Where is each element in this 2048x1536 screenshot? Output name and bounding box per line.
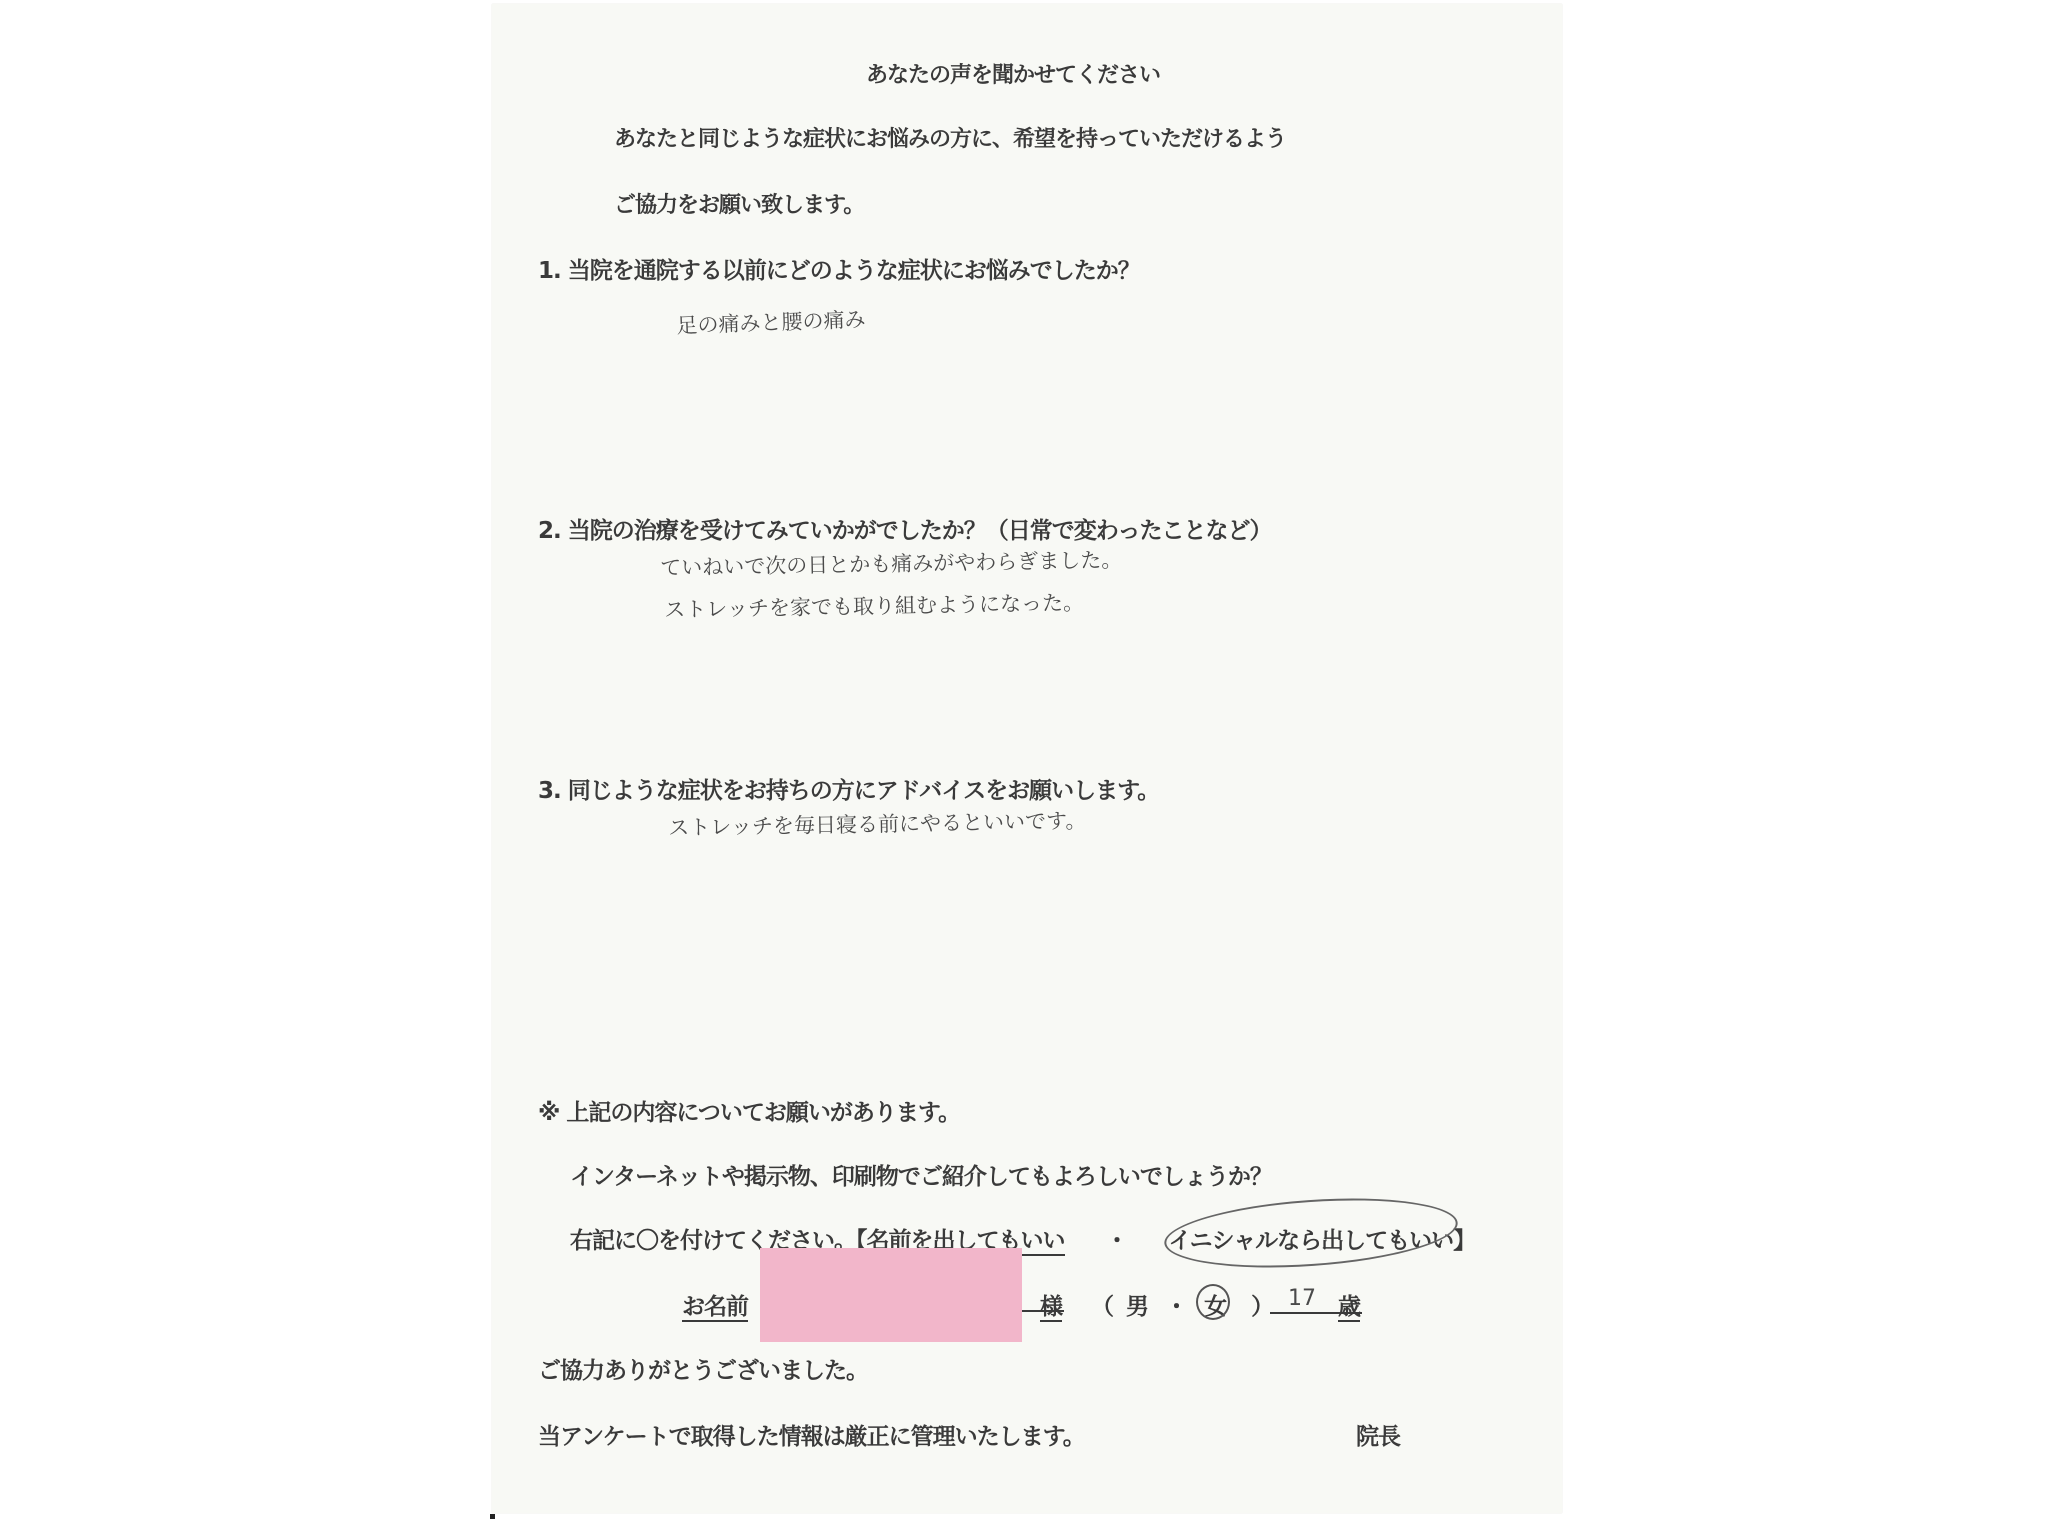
request-question: インターネットや掲示物、印刷物でご紹介してもよろしいでしょうか？ [570,1158,1272,1191]
question-text: 当院の治療を受けてみていかがでしたか？（日常で変わったことなど） [568,518,1272,544]
honorific: 様 [1040,1294,1062,1322]
question-3: 3. 同じような症状をお持ちの方にアドバイスをお願いします。 [538,772,1159,805]
signature: 院長 [1356,1418,1400,1451]
option-separator: ・ [1106,1228,1128,1254]
age-unit: 歳 [1338,1288,1360,1321]
request-heading: ※ 上記の内容についてお願いがあります。 [538,1094,960,1127]
question-1: 1. 当院を通院する以前にどのような症状にお悩みでしたか？ [538,252,1140,285]
paren-open: （ [1091,1294,1113,1320]
page-title: あなたの声を聞かせてください [866,58,1160,89]
name-label: お名前 [682,1294,748,1322]
gender-circle-mark [1196,1284,1230,1320]
age-value: 17 [1288,1286,1316,1311]
question-number: 3. [538,778,561,804]
survey-sheet [492,4,1562,1513]
privacy-notice: 当アンケートで取得した情報は厳正に管理いたします。 [538,1418,1085,1451]
intro-line-2: ご協力をお願い致します。 [614,188,864,219]
question-text: 同じような症状をお持ちの方にアドバイスをお願いします。 [568,778,1159,804]
question-text: 当院を通院する以前にどのような症状にお悩みでしたか？ [568,258,1140,284]
gender-age-row: 様 （ 男 ・ 女 ） [1040,1288,1273,1321]
redacted-name-field [760,1248,1022,1342]
scan-speck [490,1514,495,1519]
question-number: 2. [538,518,561,544]
paren-close: ） [1251,1294,1273,1320]
gender-male[interactable]: 男 [1126,1294,1148,1320]
question-number: 1. [538,258,561,284]
age-unit-label: 歳 [1338,1294,1360,1322]
intro-line-1: あなたと同じような症状にお悩みの方に、希望を持っていただけるよう [614,122,1286,153]
question-2: 2. 当院の治療を受けてみていかがでしたか？（日常で変わったことなど） [538,512,1272,545]
gender-dot: ・ [1165,1294,1187,1320]
name-row: お名前 [682,1288,748,1321]
thanks-text: ご協力ありがとうございました。 [538,1352,868,1385]
